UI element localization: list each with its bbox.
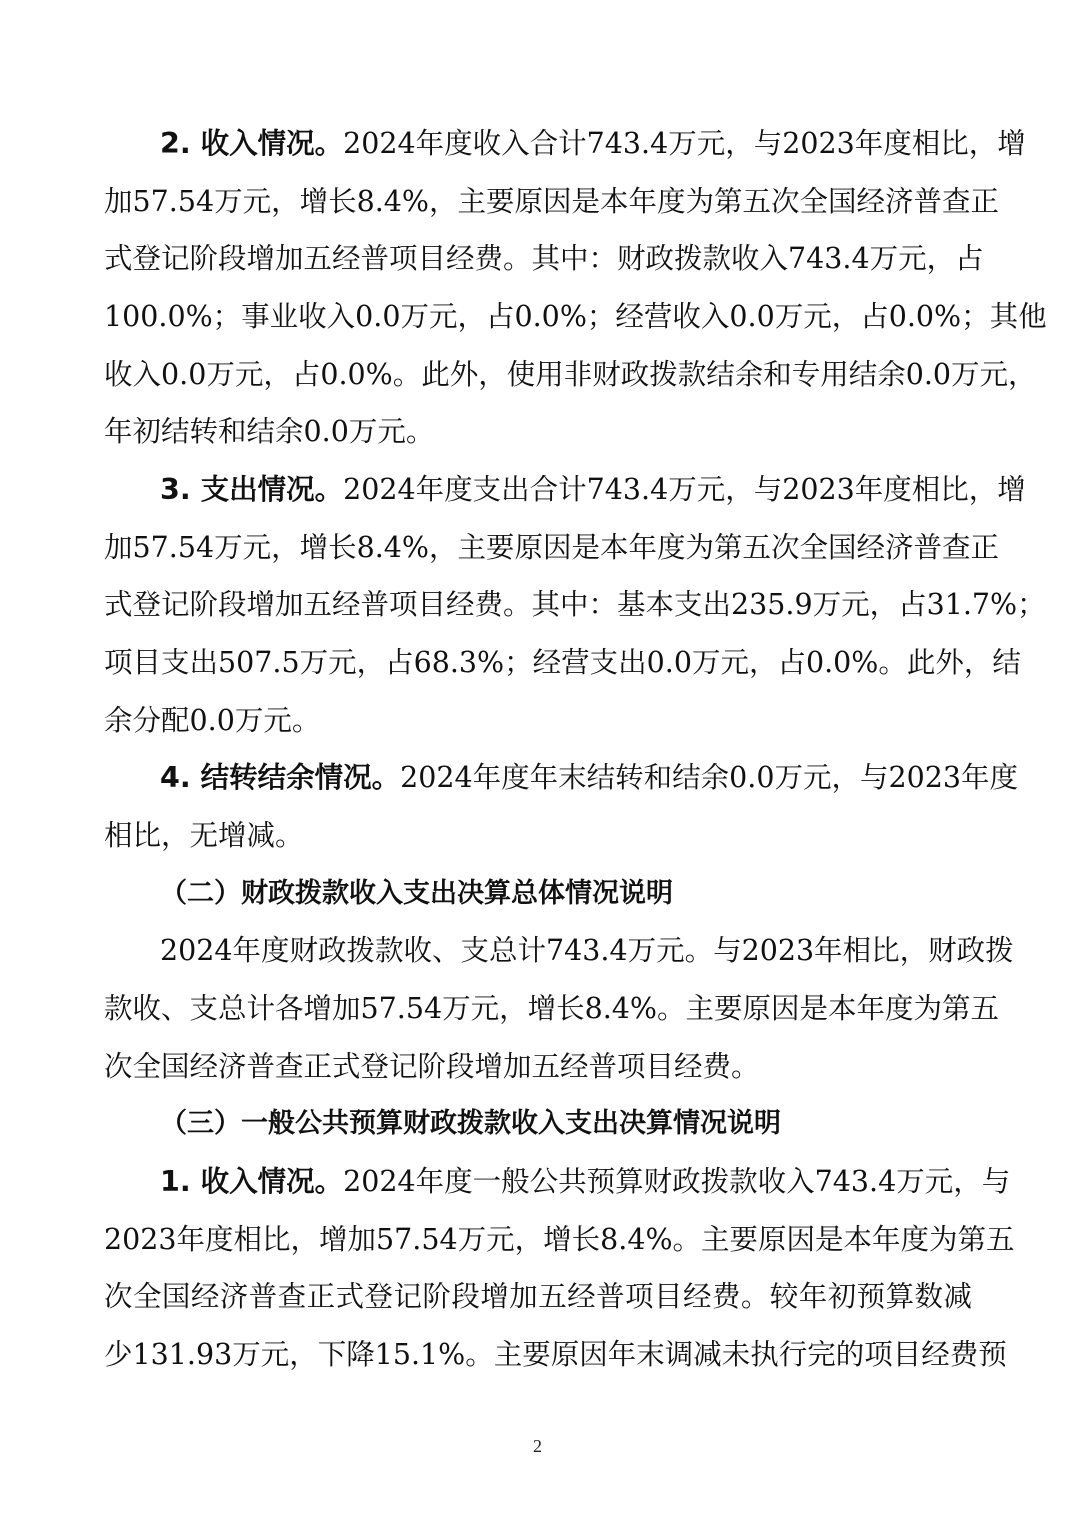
income-lead: 2. 收入情况。	[160, 127, 343, 160]
gpb-income-paragraph-line-1: 1. 收入情况。2024年度一般公共预算财政拨款收入743.4万元，与	[160, 1162, 972, 1202]
carryover-paragraph-line-1: 4. 结转结余情况。2024年度年末结转和结余0.0万元，与2023年度	[160, 758, 972, 798]
expenditure-paragraph-line-1: 3. 支出情况。2024年度支出合计743.4万元，与2023年度相比，增	[160, 470, 972, 510]
gpb-income-paragraph-line-2: 2023年度相比，增加57.54万元，增长8.4%。主要原因是本年度为第五	[104, 1220, 972, 1260]
income-paragraph-line-6: 年初结转和结余0.0万元。	[104, 412, 972, 452]
expenditure-paragraph-line-2: 加57.54万元，增长8.4%，主要原因是本年度为第五次全国经济普查正	[104, 528, 972, 568]
page-number: 2	[0, 1436, 1075, 1457]
expenditure-paragraph-line-4: 项目支出507.5万元，占68.3%；经营支出0.0万元，占0.0%。此外，结	[104, 643, 972, 683]
document-page: 2. 收入情况。2024年度收入合计743.4万元，与2023年度相比，增 加5…	[0, 0, 1075, 1520]
income-paragraph-line-4: 100.0%；事业收入0.0万元，占0.0%；经营收入0.0万元，占0.0%；其…	[104, 297, 972, 337]
income-paragraph-line-5: 收入0.0万元，占0.0%。此外，使用非财政拨款结余和专用结余0.0万元，	[104, 355, 972, 395]
income-paragraph-line-1: 2. 收入情况。2024年度收入合计743.4万元，与2023年度相比，增	[160, 124, 972, 164]
carryover-paragraph-line-2: 相比，无增减。	[104, 816, 972, 856]
expenditure-paragraph-line-5: 余分配0.0万元。	[104, 701, 972, 741]
paragraph-text: 2024年度收入合计743.4万元，与2023年度相比，增	[343, 127, 1026, 160]
income-paragraph-line-2: 加57.54万元，增长8.4%，主要原因是本年度为第五次全国经济普查正	[104, 182, 972, 222]
paragraph-text: 2024年度年末结转和结余0.0万元，与2023年度	[400, 761, 1018, 794]
fiscal-overall-paragraph-line-1: 2024年度财政拨款收、支总计743.4万元。与2023年相比，财政拨	[160, 931, 972, 971]
gpb-income-paragraph-line-4: 少131.93万元，下降15.1%。主要原因年末调减未执行完的项目经费预	[104, 1335, 972, 1375]
section-heading-fiscal-overall: （二）财政拨款收入支出决算总体情况说明	[160, 874, 720, 914]
expenditure-paragraph-line-3: 式登记阶段增加五经普项目经费。其中：基本支出235.9万元，占31.7%；	[104, 585, 972, 625]
expenditure-lead: 3. 支出情况。	[160, 473, 343, 506]
section-heading-general-public-budget: （三）一般公共预算财政拨款收入支出决算情况说明	[160, 1104, 840, 1144]
gpb-income-lead: 1. 收入情况。	[160, 1165, 343, 1198]
fiscal-overall-paragraph-line-3: 次全国经济普查正式登记阶段增加五经普项目经费。	[104, 1047, 972, 1087]
paragraph-text: 2024年度一般公共预算财政拨款收入743.4万元，与	[343, 1165, 1010, 1198]
fiscal-overall-paragraph-line-2: 款收、支总计各增加57.54万元，增长8.4%。主要原因是本年度为第五	[104, 989, 972, 1029]
income-paragraph-line-3: 式登记阶段增加五经普项目经费。其中：财政拨款收入743.4万元，占	[104, 239, 972, 279]
carryover-lead: 4. 结转结余情况。	[160, 761, 400, 794]
paragraph-text: 2024年度支出合计743.4万元，与2023年度相比，增	[343, 473, 1026, 506]
gpb-income-paragraph-line-3: 次全国经济普查正式登记阶段增加五经普项目经费。较年初预算数减	[104, 1277, 972, 1317]
